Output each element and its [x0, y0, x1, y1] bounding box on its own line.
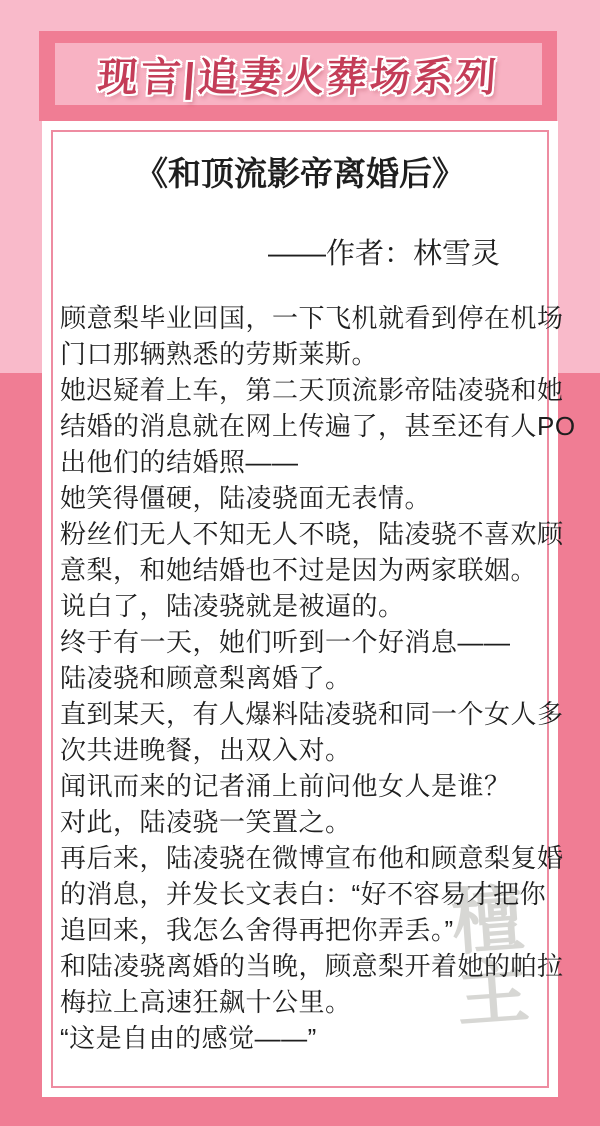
body-line: 她笑得僵硬，陆凌骁面无表情。 — [60, 480, 552, 516]
body-line: 次共进晚餐，出双入对。 — [60, 732, 552, 768]
body-line: 终于有一天，她们听到一个好消息—— — [60, 624, 552, 660]
body-line: 结婚的消息就在网上传遍了，甚至还有人PO — [60, 408, 552, 444]
body-line: 直到某天，有人爆料陆凌骁和同一个女人多 — [60, 696, 552, 732]
body-line: “这是自由的感觉——” — [60, 1020, 552, 1056]
body-line: 出他们的结婚照—— — [60, 444, 552, 480]
story-card: 《和顶流影帝离婚后》 ——作者：林雪灵 檀主 顾意梨毕业回国，一下飞机就看到停在… — [42, 121, 558, 1097]
body-line: 闻讯而来的记者涌上前问他女人是谁？ — [60, 768, 552, 804]
series-badge-inner: 现言|追妻火葬场系列 — [55, 43, 542, 105]
body-line: 对此，陆凌骁一笑置之。 — [60, 804, 552, 840]
body-line: 再后来，陆凌骁在微博宣布他和顾意梨复婚 — [60, 840, 552, 876]
body-line: 追回来，我怎么舍得再把你弄丢。” — [60, 912, 552, 948]
body-line: 的消息，并发长文表白：“好不容易才把你 — [60, 876, 552, 912]
body-line: 门口那辆熟悉的劳斯莱斯。 — [60, 336, 552, 372]
body-line: 梅拉上高速狂飙十公里。 — [60, 984, 552, 1020]
body-line: 和陆凌骁离婚的当晚，顾意梨开着她的帕拉 — [60, 948, 552, 984]
body-line: 说白了，陆凌骁就是被逼的。 — [60, 588, 552, 624]
body-line: 顾意梨毕业回国，一下飞机就看到停在机场 — [60, 300, 552, 336]
series-badge: 现言|追妻火葬场系列 — [39, 31, 557, 121]
story-title: 《和顶流影帝离婚后》 — [42, 148, 558, 195]
page: { "colors": { "bg_light_pink": "#F9BACA"… — [0, 0, 600, 1126]
story-body: 顾意梨毕业回国，一下飞机就看到停在机场门口那辆熟悉的劳斯莱斯。她迟疑着上车，第二… — [60, 300, 552, 1056]
body-line: 意梨，和她结婚也不过是因为两家联姻。 — [60, 552, 552, 588]
author-line: ——作者：林雪灵 — [268, 231, 500, 272]
body-line: 陆凌骁和顾意梨离婚了。 — [60, 660, 552, 696]
body-line: 粉丝们无人不知无人不晓，陆凌骁不喜欢顾 — [60, 516, 552, 552]
series-title: 现言|追妻火葬场系列 — [96, 46, 501, 103]
body-line: 她迟疑着上车，第二天顶流影帝陆凌骁和她 — [60, 372, 552, 408]
